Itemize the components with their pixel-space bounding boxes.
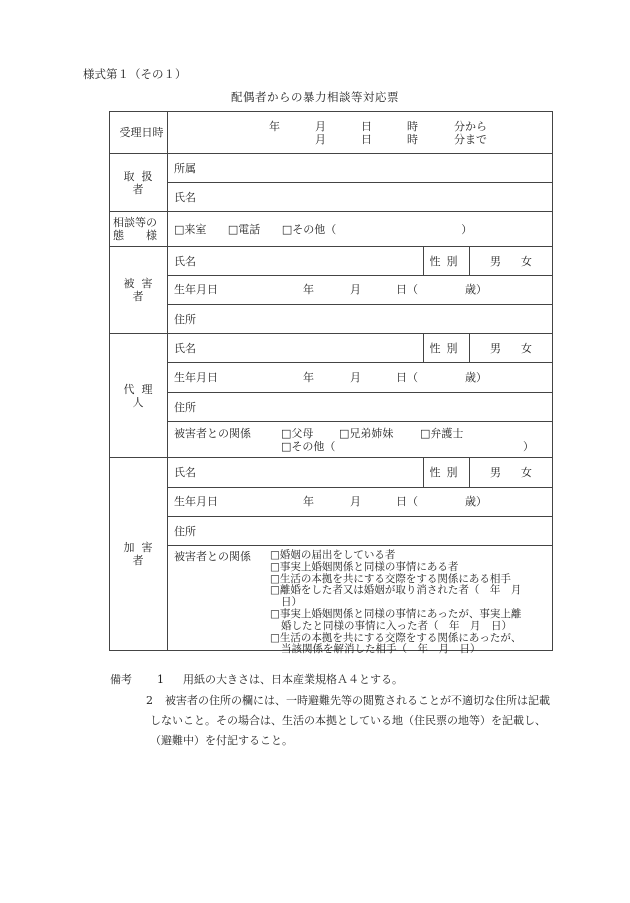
victim-sex-male[interactable]: 男 <box>490 255 501 268</box>
victim-birth-field[interactable]: 生年月日 年 月 日（ 歳） <box>168 276 553 305</box>
perpetrator-birth-field[interactable]: 生年月日 年 月 日（ 歳） <box>168 488 553 517</box>
consultation-mode-label-line1: 相談等の <box>113 216 167 229</box>
month-unit-end: 月 <box>315 133 326 146</box>
perpetrator-relation-row: 被害者との関係 □婚姻の届出をしている者 □事実上婚姻関係と同様の事情にある者 … <box>110 546 553 651</box>
minute-from-unit: 分から <box>454 120 487 133</box>
month-unit: 月 <box>315 120 326 133</box>
consultation-mode-label-line2: 態 様 <box>113 229 167 242</box>
agent-address-row: 住所 <box>110 393 553 422</box>
checkbox-divorced[interactable]: □離婚をした者又は婚姻が取り消された者（ 年 月 <box>270 585 521 597</box>
victim-birth-year: 年 <box>303 283 314 296</box>
consultation-mode-options: □来室 □電話 □その他（ ） <box>168 212 553 247</box>
note-2: 2被害者の住所の欄には、一時避難先等の閲覧されることが不適切な住所は記載しないこ… <box>150 691 554 751</box>
perpetrator-address-row: 住所 <box>110 517 553 546</box>
hour-unit: 時 <box>407 120 418 133</box>
agent-sex-female[interactable]: 女 <box>521 342 532 355</box>
victim-birth-month: 月 <box>350 283 361 296</box>
form-id: 様式第１（その１） <box>83 66 187 82</box>
agent-birth-day: 日（ <box>396 371 418 384</box>
perpetrator-birth-label: 生年月日 <box>174 495 218 508</box>
agent-sex-male[interactable]: 男 <box>490 342 501 355</box>
perpetrator-birth-month: 月 <box>350 495 361 508</box>
victim-birth-label: 生年月日 <box>174 283 218 296</box>
perpetrator-birth-row: 生年月日 年 月 日（ 歳） <box>110 488 553 517</box>
victim-birth-row: 生年月日 年 月 日（ 歳） <box>110 276 553 305</box>
notes-label: 備考 <box>110 673 132 686</box>
agent-birth-year: 年 <box>303 371 314 384</box>
checkbox-de-facto-divorced[interactable]: □事実上婚姻関係と同様の事情にあったが、事実上離 <box>270 609 521 621</box>
perpetrator-sex-label: 性別 <box>423 458 469 488</box>
checkbox-visit[interactable]: □来室 <box>174 223 206 236</box>
perpetrator-sex-options: 男女 <box>469 458 552 488</box>
consultation-mode-label: 相談等の 態 様 <box>110 212 168 247</box>
checkbox-other[interactable]: □その他（ <box>282 223 336 236</box>
victim-sex-label: 性別 <box>423 247 469 276</box>
perpetrator-birth-year: 年 <box>303 495 314 508</box>
note-2-number: 2 <box>146 694 153 707</box>
victim-name-row: 被害者 氏名 性別 男女 <box>110 247 553 276</box>
perpetrator-address-field[interactable]: 住所 <box>168 517 553 546</box>
day-unit-end: 日 <box>361 133 372 146</box>
perpetrator-birth-day: 日（ <box>396 495 418 508</box>
agent-sex-label: 性別 <box>423 334 469 363</box>
reception-row: 受理日時 年 月 日 時 分から 月 日 時 分まで <box>110 112 553 154</box>
perpetrator-sex-female[interactable]: 女 <box>521 466 532 479</box>
perpetrator-label: 加害者 <box>110 458 168 651</box>
handler-name-field[interactable]: 氏名 <box>168 183 553 212</box>
perpetrator-relation-field: 被害者との関係 □婚姻の届出をしている者 □事実上婚姻関係と同様の事情にある者 … <box>168 546 553 651</box>
checkbox-phone[interactable]: □電話 <box>228 223 260 236</box>
agent-age: 歳） <box>465 371 487 384</box>
checkbox-parent[interactable]: □父母 <box>281 427 313 440</box>
agent-relation-label: 被害者との関係 <box>174 427 251 440</box>
handler-affiliation-field[interactable]: 所属 <box>168 154 553 183</box>
victim-address-row: 住所 <box>110 305 553 334</box>
agent-relation-field: 被害者との関係 □父母 □兄弟姉妹 □弁護士 □その他（ ） <box>168 422 553 458</box>
close-paren: ） <box>461 223 472 236</box>
note-1-text: 用紙の大きさは、日本産業規格Ａ４とする。 <box>183 673 403 686</box>
agent-other-close-paren: ） <box>523 440 534 453</box>
agent-name-row: 代理人 氏名 性別 男女 <box>110 334 553 363</box>
victim-age: 歳） <box>465 283 487 296</box>
agent-birth-label: 生年月日 <box>174 371 218 384</box>
perpetrator-relation-label: 被害者との関係 <box>174 550 251 563</box>
agent-address-field[interactable]: 住所 <box>168 393 553 422</box>
agent-birth-month: 月 <box>350 371 361 384</box>
victim-address-field[interactable]: 住所 <box>168 305 553 334</box>
victim-name-field[interactable]: 氏名 <box>168 247 424 276</box>
day-unit: 日 <box>361 120 372 133</box>
handler-name-row: 氏名 <box>110 183 553 212</box>
handler-label: 取扱者 <box>110 154 168 212</box>
consultation-mode-row: 相談等の 態 様 □来室 □電話 □その他（ ） <box>110 212 553 247</box>
reception-datetime-field[interactable]: 年 月 日 時 分から 月 日 時 分まで <box>168 112 553 154</box>
former-cohabiting-continuation: 当該関係を解消した相手（ 年 月 日） <box>270 644 521 656</box>
agent-birth-field[interactable]: 生年月日 年 月 日（ 歳） <box>168 363 553 393</box>
note-1-number: 1 <box>157 673 164 686</box>
victim-label: 被害者 <box>110 247 168 334</box>
agent-name-field[interactable]: 氏名 <box>168 334 424 363</box>
de-facto-divorced-continuation: 婚したと同様の事情に入った者（ 年 月 日） <box>270 621 521 633</box>
perpetrator-name-row: 加害者 氏名 性別 男女 <box>110 458 553 488</box>
page-title: 配偶者からの暴力相談等対応票 <box>0 89 630 105</box>
handler-affiliation-row: 取扱者 所属 <box>110 154 553 183</box>
agent-label: 代理人 <box>110 334 168 458</box>
victim-sex-female[interactable]: 女 <box>521 255 532 268</box>
checkbox-lawyer[interactable]: □弁護士 <box>420 427 463 440</box>
victim-birth-day: 日（ <box>396 283 418 296</box>
reception-label: 受理日時 <box>110 112 168 154</box>
notes-section: 備考 1 用紙の大きさは、日本産業規格Ａ４とする。 2被害者の住所の欄には、一時… <box>110 670 403 690</box>
agent-sex-options: 男女 <box>469 334 552 363</box>
checkbox-de-facto[interactable]: □事実上婚姻関係と同様の事情にある者 <box>270 562 521 574</box>
perpetrator-name-field[interactable]: 氏名 <box>168 458 424 488</box>
minute-to-unit: 分まで <box>454 133 487 146</box>
agent-relation-row: 被害者との関係 □父母 □兄弟姉妹 □弁護士 □その他（ ） <box>110 422 553 458</box>
perpetrator-age: 歳） <box>465 495 487 508</box>
perpetrator-relation-options: □婚姻の届出をしている者 □事実上婚姻関係と同様の事情にある者 □生活の本拠を共… <box>270 550 521 656</box>
note-2-text: 被害者の住所の欄には、一時避難先等の閲覧されることが不適切な住所は記載しないこと… <box>150 694 550 747</box>
hour-unit-end: 時 <box>407 133 418 146</box>
consultation-form-table: 受理日時 年 月 日 時 分から 月 日 時 分まで 取扱者 所属 氏名 相談等… <box>109 111 553 651</box>
perpetrator-sex-male[interactable]: 男 <box>490 466 501 479</box>
checkbox-agent-other[interactable]: □その他（ <box>281 440 335 453</box>
checkbox-sibling[interactable]: □兄弟姉妹 <box>339 427 393 440</box>
victim-sex-options: 男女 <box>469 247 552 276</box>
year-unit: 年 <box>269 120 280 133</box>
agent-birth-row: 生年月日 年 月 日（ 歳） <box>110 363 553 393</box>
